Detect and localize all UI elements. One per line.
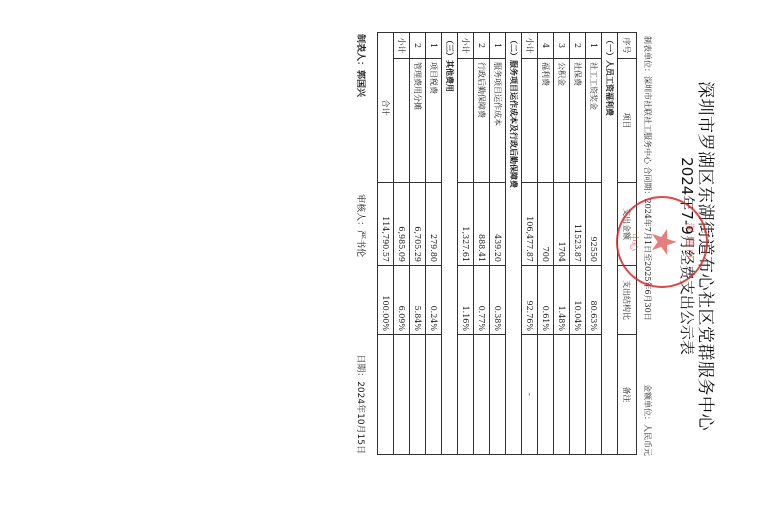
subtotal-item-empty [458, 59, 474, 183]
table-row: 2管理费用分摊6,705.295.84% [410, 33, 426, 455]
cell-amount: 439.20 [490, 183, 506, 266]
cell-seq: 4 [538, 33, 554, 59]
cell-ratio: 0.24% [426, 266, 442, 335]
cell-amount: 11523.87 [570, 183, 586, 266]
subtotal-amount: 6,985.09 [394, 183, 410, 266]
table-row: 2行政后勤保障费888.410.77% [474, 33, 490, 455]
total-row: 合计114,790.57100.00% [378, 33, 394, 455]
cell-seq: 1 [586, 33, 602, 59]
cell-item: 项目税费 [426, 59, 442, 183]
table-row: 1社工工资奖金9255080.63% [586, 33, 602, 455]
cell-amount: 6,705.29 [410, 183, 426, 266]
table-row: 2社保费11523.8710.04% [570, 33, 586, 455]
table-row: 1项目税费279.800.24% [426, 33, 442, 455]
cell-ratio: 0.61% [538, 266, 554, 335]
cell-ratio: 0.77% [474, 266, 490, 335]
cell-note [410, 335, 426, 455]
cell-ratio: 1.48% [554, 266, 570, 335]
cell-seq: 2 [474, 33, 490, 59]
prepared-unit: 制表单位：深圳市社联社工服务中心 合同期：2024年7月1日至2025年6月30… [642, 36, 653, 321]
cell-amount: 1704 [554, 183, 570, 266]
section-title: （三）其他费用 [442, 33, 458, 455]
header-ratio: 支出结构比 [618, 266, 637, 335]
cell-item: 社工工资奖金 [586, 59, 602, 183]
document-meta: 制表单位：深圳市社联社工服务中心 合同期：2024年7月1日至2025年6月30… [642, 36, 653, 456]
cell-note [474, 335, 490, 455]
subtotal-label: 小计 [458, 33, 474, 59]
subtotal-row: 小计1,327.611.16% [458, 33, 474, 455]
section-row: （一）人员工资福利费 [602, 33, 618, 455]
document-subtitle: 2024年7-9月经费支出公示表 [677, 0, 698, 512]
cell-note [586, 335, 602, 455]
subtotal-amount: 1,327.61 [458, 183, 474, 266]
section-row: （三）其他费用 [442, 33, 458, 455]
subtotal-note [458, 335, 474, 455]
cell-note [490, 335, 506, 455]
section-title: （二）服务项目运作成本及行政后勤保障费 [506, 33, 522, 455]
cell-ratio: 5.84% [410, 266, 426, 335]
subtotal-row: 小计6,985.096.09% [394, 33, 410, 455]
cell-note [538, 335, 554, 455]
scanned-page-viewport: 深圳市罗湖区东湖街道布心社区党群服务中心 2024年7-9月经费支出公示表 制表… [0, 0, 768, 512]
cell-item: 服务项目运作成本 [490, 59, 506, 183]
cell-ratio: 0.38% [490, 266, 506, 335]
report-date: 日期：2024年10月15日 [355, 354, 368, 454]
cell-seq: 2 [570, 33, 586, 59]
subtotal-label: 小计 [522, 33, 538, 59]
section-title: （一）人员工资福利费 [602, 33, 618, 455]
cell-amount: 888.41 [474, 183, 490, 266]
subtotal-item-empty [522, 59, 538, 183]
cell-item: 管理费用分摊 [410, 59, 426, 183]
cell-seq: 3 [554, 33, 570, 59]
document-title: 深圳市罗湖区东湖街道布心社区党群服务中心 [695, 0, 720, 512]
cell-item: 公积金 [554, 59, 570, 183]
cell-amount: 92550 [586, 183, 602, 266]
section-row: （二）服务项目运作成本及行政后勤保障费 [506, 33, 522, 455]
header-item: 项目 [618, 59, 637, 183]
subtotal-label: 小计 [394, 33, 410, 59]
cell-seq: 1 [490, 33, 506, 59]
subtotal-row: 小计106,477.8792.76%- [522, 33, 538, 455]
cell-item: 福利费 [538, 59, 554, 183]
cell-note [426, 335, 442, 455]
amount-unit: 金额单位：人民币元 [642, 384, 653, 456]
total-note [378, 335, 394, 455]
subtotal-note: - [522, 335, 538, 455]
subtotal-ratio: 6.09% [394, 266, 410, 335]
cell-seq: 1 [426, 33, 442, 59]
expense-table: 序号 项目 支出金额 支出结构比 备注 （一）人员工资福利费1社工工资奖金925… [377, 32, 637, 455]
table-header-row: 序号 项目 支出金额 支出结构比 备注 [618, 33, 637, 455]
subtotal-ratio: 1.16% [458, 266, 474, 335]
cell-note [554, 335, 570, 455]
expense-disclosure-document: 深圳市罗湖区东湖街道布心社区党群服务中心 2024年7-9月经费支出公示表 制表… [0, 0, 768, 512]
cell-seq: 2 [410, 33, 426, 59]
total-amount: 114,790.57 [378, 183, 394, 266]
table-row: 4福利费7000.61% [538, 33, 554, 455]
subtotal-item-empty [394, 59, 410, 183]
subtotal-amount: 106,477.87 [522, 183, 538, 266]
header-seq: 序号 [618, 33, 637, 59]
table-row: 3公积金17041.48% [554, 33, 570, 455]
total-label: 合计 [378, 33, 394, 183]
table-row: 1服务项目运作成本439.200.38% [490, 33, 506, 455]
cell-amount: 700 [538, 183, 554, 266]
cell-item: 社保费 [570, 59, 586, 183]
cell-ratio: 10.04% [570, 266, 586, 335]
cell-item: 行政后勤保障费 [474, 59, 490, 183]
cell-ratio: 80.63% [586, 266, 602, 335]
cell-amount: 279.80 [426, 183, 442, 266]
subtotal-note [394, 335, 410, 455]
header-note: 备注 [618, 335, 637, 455]
prepared-by: 制表人：郭国兴 [355, 34, 368, 97]
reviewed-by: 审核人：严书伦 [355, 194, 368, 257]
total-ratio: 100.00% [378, 266, 394, 335]
document-footer: 制表人：郭国兴 审核人：严书伦 日期：2024年10月15日 [355, 34, 368, 454]
cell-note [570, 335, 586, 455]
header-amount: 支出金额 [618, 183, 637, 266]
expense-table-body: （一）人员工资福利费1社工工资奖金9255080.63%2社保费11523.87… [378, 33, 618, 455]
subtotal-ratio: 92.76% [522, 266, 538, 335]
